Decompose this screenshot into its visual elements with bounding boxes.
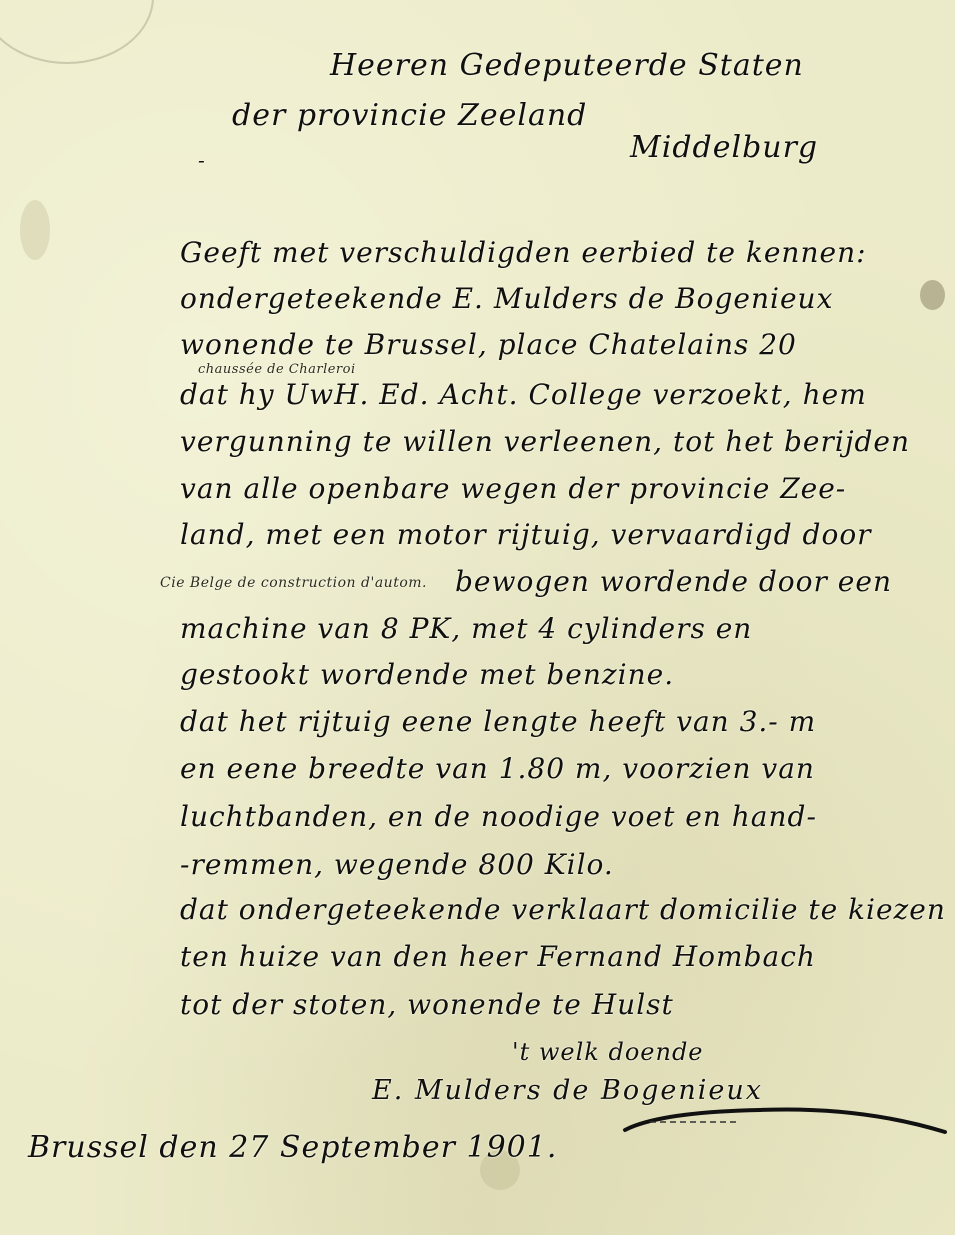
addressee-line-2: der provincie Zeeland xyxy=(232,98,587,133)
embossed-seal-icon: RIJ... DE ... PROVINCIE xyxy=(0,0,154,64)
body-line: ten huize van den heer Fernand Hombach xyxy=(180,940,816,973)
body-line: van alle openbare wegen der provincie Ze… xyxy=(180,472,846,505)
body-line: dat hy UwH. Ed. Acht. College verzoekt, … xyxy=(180,378,867,411)
interlinear-address-note: chaussée de Charleroi xyxy=(198,362,356,377)
body-line: bewogen wordende door een xyxy=(455,565,892,598)
body-line: machine van 8 PK, met 4 cylinders en xyxy=(180,612,752,645)
body-line: ondergeteekende E. Mulders de Bogenieux xyxy=(180,282,833,315)
paper-stain xyxy=(20,200,50,260)
body-line: Geeft met verschuldigden eerbied te kenn… xyxy=(180,236,867,269)
interlinear-manufacturer-note: Cie Belge de construction d'autom. xyxy=(160,575,427,591)
body-line: land, met een motor rijtuig, vervaardigd… xyxy=(180,518,872,551)
body-line: tot der stoten, wonende te Hulst xyxy=(180,988,674,1021)
body-line: dat ondergeteekende verklaart domicilie … xyxy=(180,893,946,926)
body-line: -remmen, wegende 800 Kilo. xyxy=(180,848,614,881)
body-line: dat het rijtuig eene lengte heeft van 3.… xyxy=(180,705,816,738)
addressee-line-3: Middelburg xyxy=(630,130,818,165)
body-line: en eene breedte van 1.80 m, voorzien van xyxy=(180,752,815,785)
body-line: gestookt wordende met benzine. xyxy=(180,658,674,691)
closing-phrase: 't welk doende xyxy=(512,1038,704,1066)
dash-mark: - xyxy=(198,148,206,172)
place-date: Brussel den 27 September 1901. xyxy=(28,1130,557,1165)
body-line: vergunning te willen verleenen, tot het … xyxy=(180,425,910,458)
signature-underline-icon xyxy=(620,1100,950,1140)
paper-stain xyxy=(920,280,945,310)
addressee-line-1: Heeren Gedeputeerde Staten xyxy=(330,48,804,83)
body-line: wonende te Brussel, place Chatelains 20 xyxy=(180,328,797,361)
body-line: luchtbanden, en de noodige voet en hand- xyxy=(180,800,817,833)
